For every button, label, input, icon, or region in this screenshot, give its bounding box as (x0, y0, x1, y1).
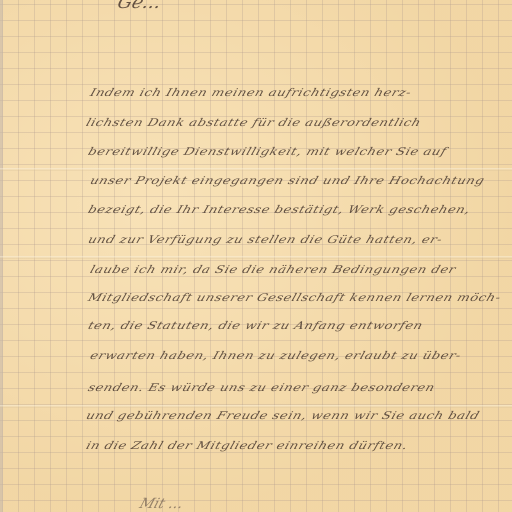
letter-line-13: in die Zahl der Mitglieder einreihen dür… (84, 440, 409, 453)
letter-line-8: Mitgliedschaft unserer Gesellschaft kenn… (86, 292, 503, 305)
letter-line-6: und zur Verfügung zu stellen die Güte ha… (86, 234, 444, 247)
paper-fold-crease (0, 168, 512, 171)
letter-line-9: ten, die Statuten, die wir zu Anfang ent… (86, 320, 425, 333)
letter-line-1: Indem ich Ihnen meinen aufrichtigsten he… (88, 87, 413, 100)
closing-fragment: Mit … (137, 496, 185, 512)
letter-line-5: bezeigt, die Ihr Interesse bestätigt, We… (86, 204, 472, 217)
letter-line-7: laube ich mir, da Sie die näheren Beding… (88, 264, 457, 277)
paper-fold-crease (0, 256, 512, 259)
paper-fold-crease (0, 405, 512, 408)
letter-line-4: unser Projekt eingegangen sind und Ihre … (88, 175, 486, 188)
letter-line-10: erwarten haben, Ihnen zu zulegen, erlaub… (88, 350, 463, 363)
letter-line-12: und gebührenden Freude sein, wenn wir Si… (84, 410, 481, 423)
salutation-fragment: Ge… (115, 0, 165, 13)
letter-line-3: bereitwillige Dienstwilligkeit, mit welc… (86, 146, 448, 159)
letter-line-2: lichsten Dank abstatte für die außerorde… (84, 117, 423, 130)
letter-line-11: senden. Es würde uns zu einer ganz beson… (86, 382, 437, 395)
